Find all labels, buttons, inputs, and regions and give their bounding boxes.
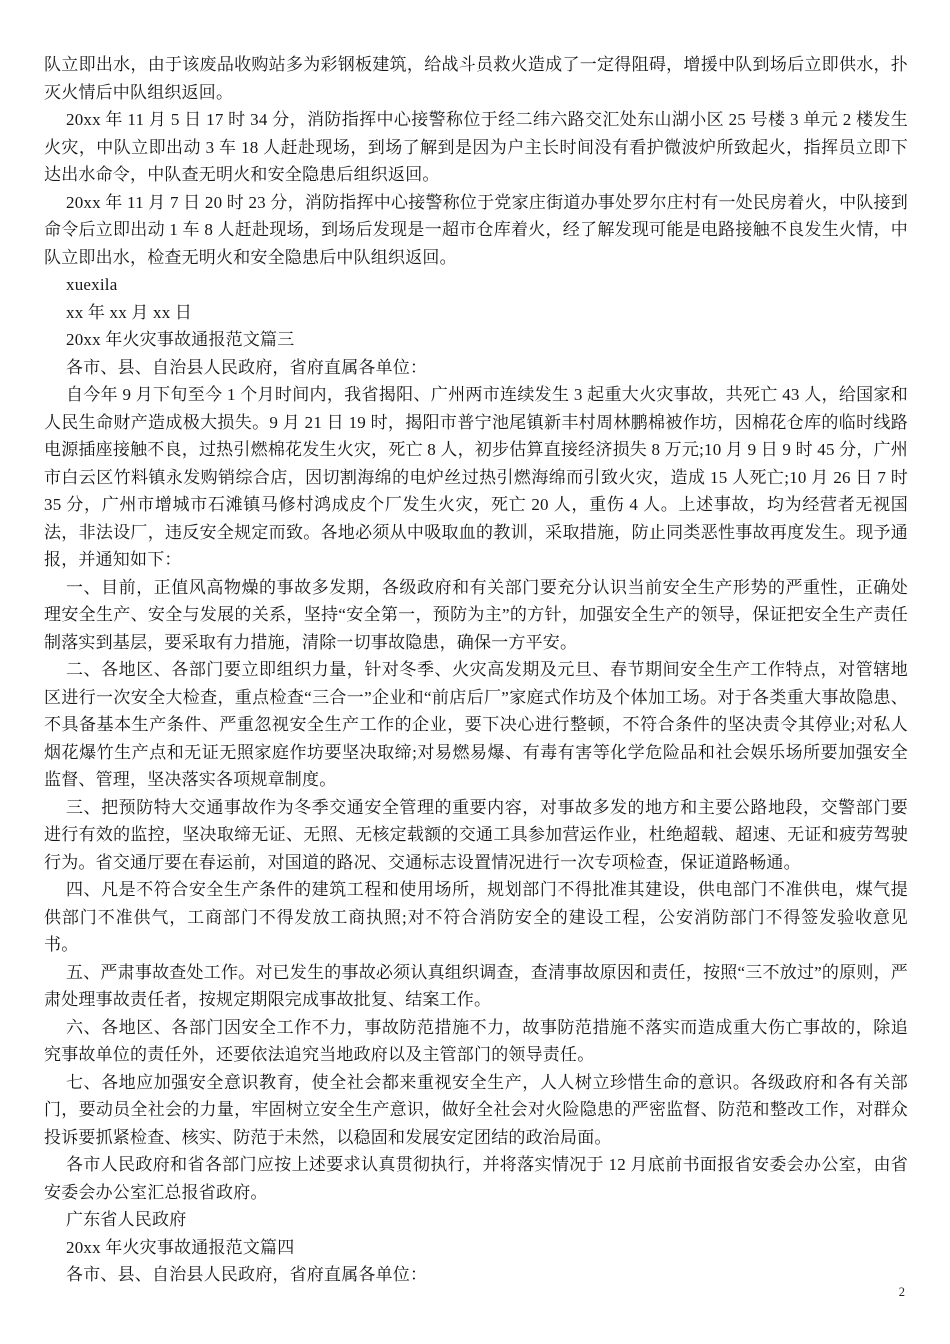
paragraph: 三、把预防特大交通事故作为冬季交通安全管理的重要内容，对事故多发的地方和主要公路… bbox=[44, 794, 908, 877]
paragraph: 20xx 年火灾事故通报范文篇三 bbox=[44, 326, 908, 354]
paragraph: 七、各地应加强安全意识教育，使全社会都来重视安全生产，人人树立珍惜生命的意识。各… bbox=[44, 1069, 908, 1152]
document-body: 队立即出水，由于该废品收购站多为彩钢板建筑，给战斗员救火造成了一定得阻碍，增援中… bbox=[44, 51, 908, 1289]
paragraph: 广东省人民政府 bbox=[44, 1206, 908, 1234]
paragraph: 各市人民政府和省各部门应按上述要求认真贯彻执行，并将落实情况于 12 月底前书面… bbox=[44, 1151, 908, 1206]
paragraph: 五、严肃事故查处工作。对已发生的事故必须认真组织调查，查清事故原因和责任，按照“… bbox=[44, 959, 908, 1014]
paragraph: 六、各地区、各部门因安全工作不力，事故防范措施不力，故事防范措施不落实而造成重大… bbox=[44, 1014, 908, 1069]
paragraph: 队立即出水，由于该废品收购站多为彩钢板建筑，给战斗员救火造成了一定得阻碍，增援中… bbox=[44, 51, 908, 106]
document-page: 队立即出水，由于该废品收购站多为彩钢板建筑，给战斗员救火造成了一定得阻碍，增援中… bbox=[0, 0, 950, 1344]
paragraph: 20xx 年 11 月 5 日 17 时 34 分，消防指挥中心接警称位于经二纬… bbox=[44, 106, 908, 189]
paragraph: 各市、县、自治县人民政府，省府直属各单位： bbox=[44, 354, 908, 382]
paragraph: 各市、县、自治县人民政府，省府直属各单位： bbox=[44, 1261, 908, 1289]
paragraph: 20xx 年火灾事故通报范文篇四 bbox=[44, 1234, 908, 1262]
paragraph: 一、目前，正值风高物燥的事故多发期，各级政府和有关部门要充分认识当前安全生产形势… bbox=[44, 574, 908, 657]
page-number: 2 bbox=[899, 1285, 905, 1300]
paragraph: 四、凡是不符合安全生产条件的建筑工程和使用场所，规划部门不得批准其建设，供电部门… bbox=[44, 876, 908, 959]
paragraph: 20xx 年 11 月 7 日 20 时 23 分，消防指挥中心接警称位于党家庄… bbox=[44, 189, 908, 272]
paragraph: 自今年 9 月下旬至今 1 个月时间内，我省揭阳、广州两市连续发生 3 起重大火… bbox=[44, 381, 908, 574]
paragraph: xx 年 xx 月 xx 日 bbox=[44, 299, 908, 327]
paragraph: xuexila bbox=[44, 271, 908, 299]
paragraph: 二、各地区、各部门要立即组织力量，针对冬季、火灾高发期及元旦、春节期间安全生产工… bbox=[44, 656, 908, 794]
